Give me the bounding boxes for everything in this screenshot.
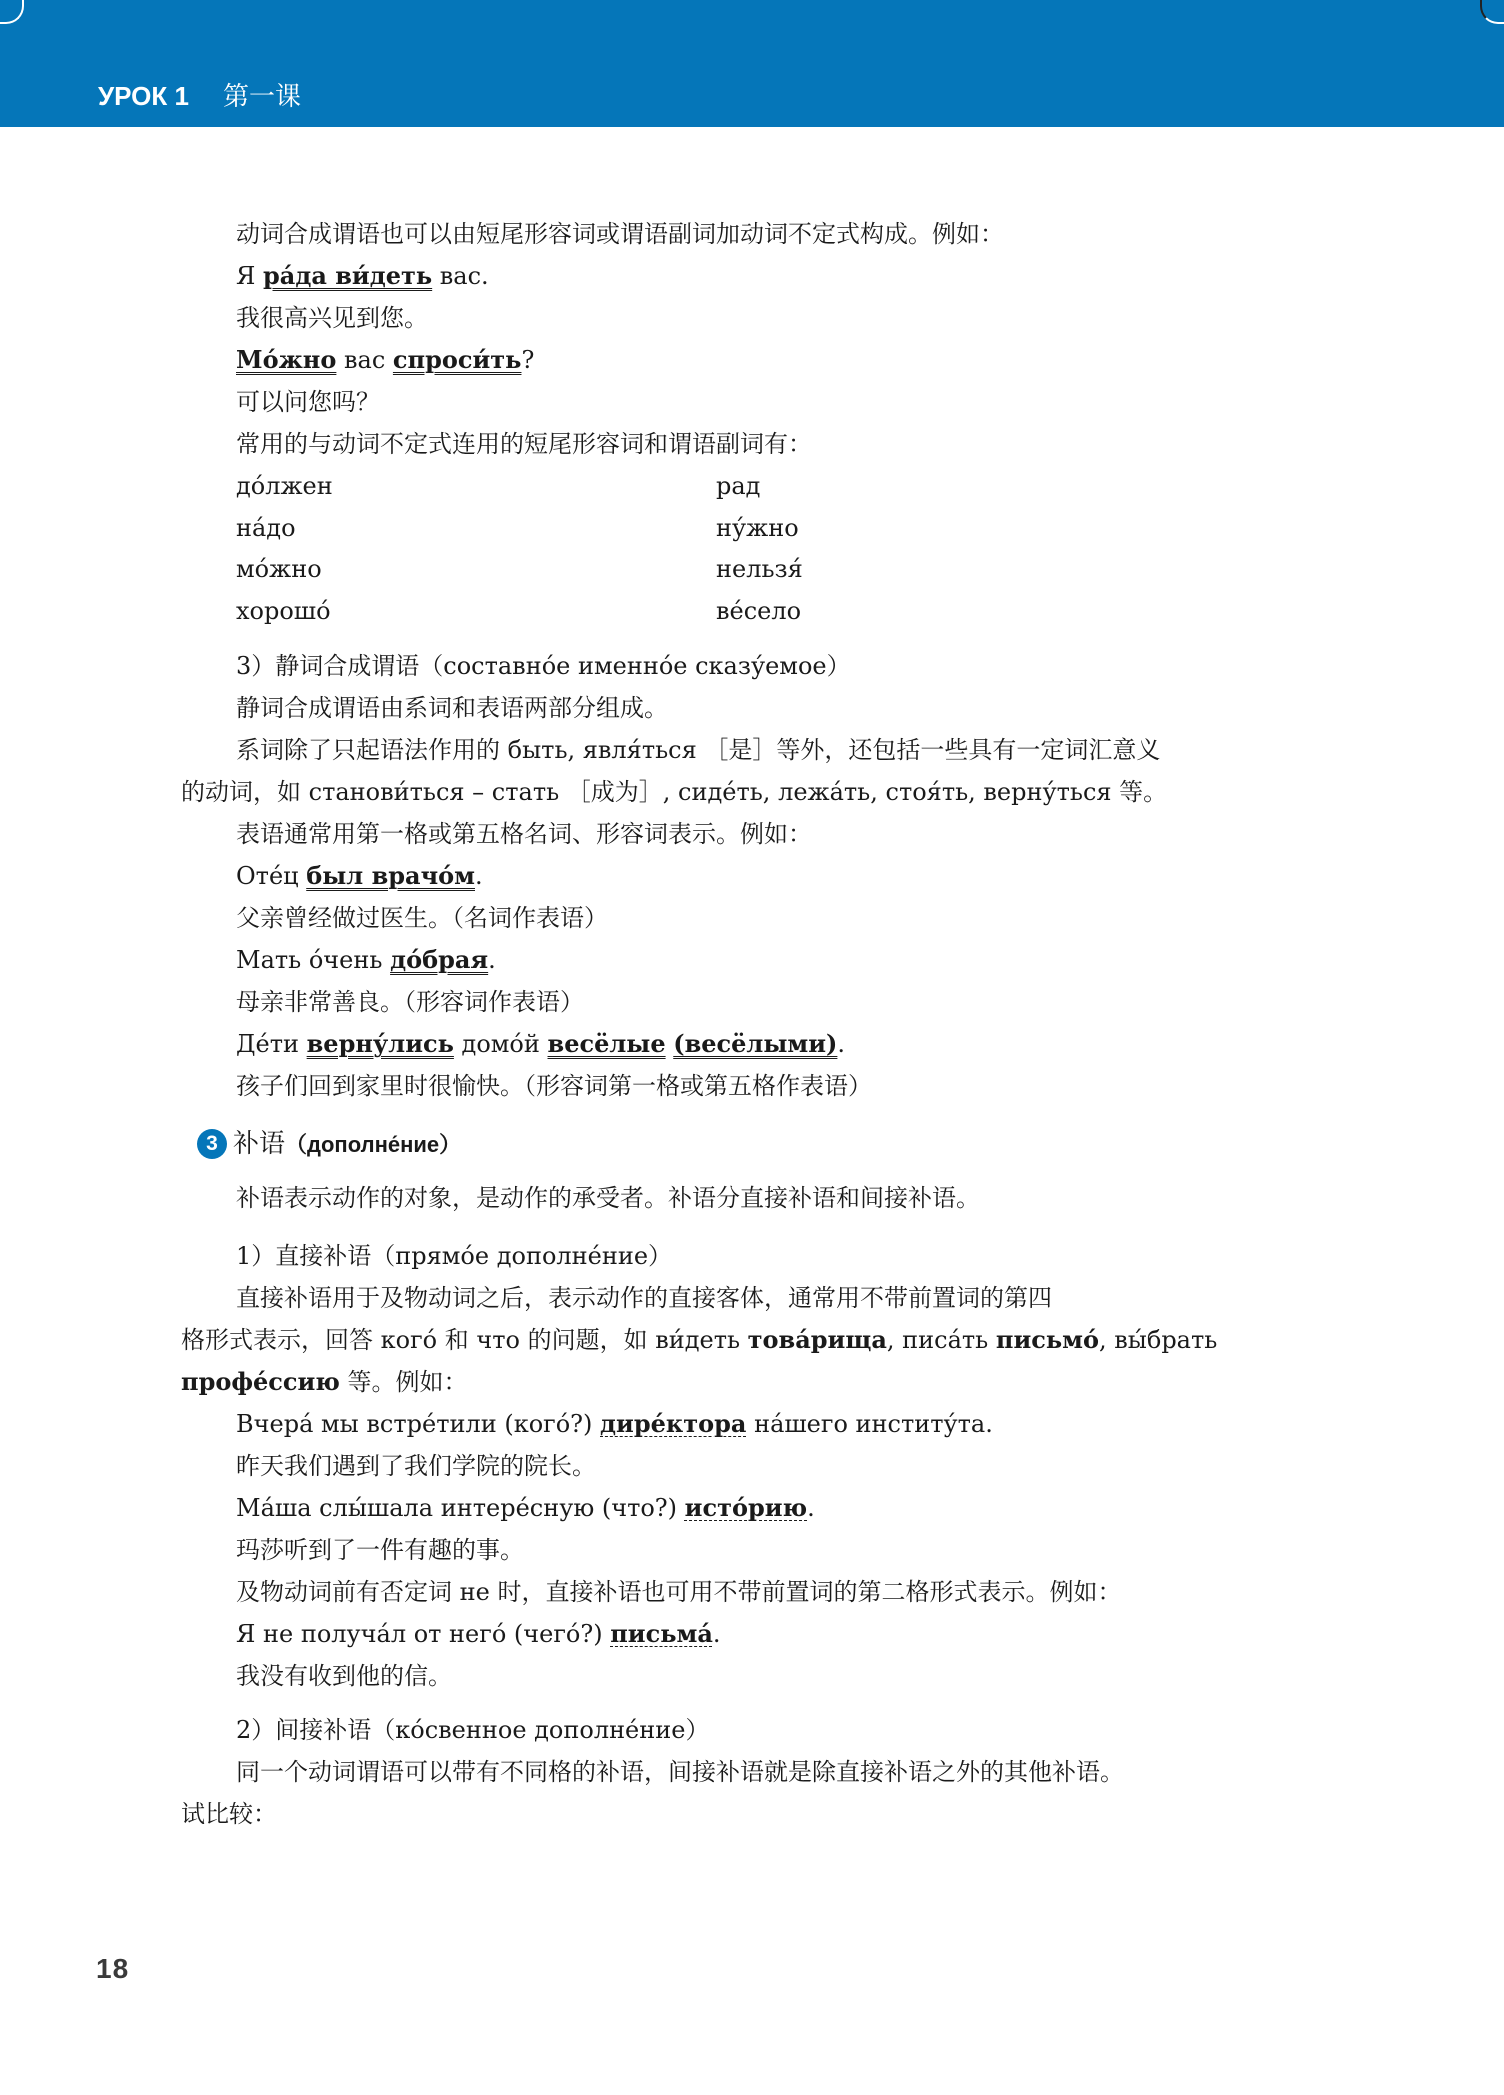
paragraph: 静词合成谓语由系词和表语两部分组成。 [236, 692, 668, 724]
object-underlined: исто́рию [685, 1493, 807, 1522]
predicate-underlined: верну́лись [307, 1029, 454, 1058]
text: , писа́ть [887, 1326, 996, 1354]
page-corner-mark-left [0, 0, 24, 24]
section-heading: 3补语（дополне́ние） [197, 1125, 461, 1163]
word: ве́село [716, 595, 801, 627]
lesson-label: УРОК 1 [98, 81, 189, 111]
text: . [475, 862, 483, 890]
object-bold: письмо́ [996, 1325, 1099, 1354]
paragraph: 表语通常用第一格或第五格名词、形容词表示。例如： [236, 818, 812, 850]
word: ну́жно [716, 512, 799, 544]
object-underlined: письма́ [610, 1619, 713, 1648]
word-list-row: мо́жнонельзя́ [236, 553, 322, 585]
example-ru: Ма́ша слы́шала интере́сную (что?) исто́р… [236, 1492, 815, 1524]
paragraph: 及物动词前有否定词 не 时，直接补语也可用不带前置词的第二格形式表示。例如： [236, 1576, 1121, 1608]
text: ? [521, 346, 534, 374]
lesson-header-band: УРОК 1第一课 [0, 0, 1504, 127]
paragraph: профе́ссию 等。例如： [181, 1366, 468, 1398]
paragraph: 格形式表示，回答 кого́ 和 что 的问题，如 ви́деть това́… [181, 1324, 1217, 1356]
lesson-label-cn: 第一课 [223, 81, 301, 111]
text: вас. [432, 262, 489, 290]
text: Де́ти [236, 1030, 307, 1058]
word: хорошо́ [236, 597, 331, 625]
predicate-underlined: (весёлыми) [673, 1029, 837, 1058]
paragraph: 同一个动词谓语可以带有不同格的补语，间接补语就是除直接补语之外的其他补语。 [236, 1756, 1124, 1788]
predicate-underlined: был врачо́м [306, 861, 475, 890]
text: Оте́ц [236, 862, 306, 890]
text: 格形式表示，回答 кого́ 和 что 的问题，如 ви́деть [181, 1326, 748, 1354]
text: 等。例如： [340, 1368, 468, 1396]
paragraph: 试比较： [181, 1798, 277, 1830]
object-bold: профе́ссию [181, 1367, 340, 1396]
lesson-title: УРОК 1第一课 [98, 76, 301, 113]
predicate-underlined: весёлые [548, 1029, 666, 1058]
example-ru: Я не получа́л от него́ (чего́?) письма́. [236, 1618, 721, 1650]
example-cn: 可以问您吗？ [236, 386, 380, 418]
example-ru: Мать о́чень до́брая. [236, 944, 496, 976]
example-cn: 孩子们回到家里时很愉快。（形容词第一格或第五格作表语） [236, 1070, 872, 1102]
paragraph: 直接补语用于及物动词之后，表示动作的直接客体，通常用不带前置词的第四 [236, 1282, 1052, 1314]
text: Ма́ша слы́шала интере́сную (что?) [236, 1494, 685, 1522]
example-cn: 玛莎听到了一件有趣的事。 [236, 1534, 524, 1566]
text: Я [236, 262, 263, 290]
predicate-underlined: Мо́жно [236, 345, 336, 374]
paragraph: 常用的与动词不定式连用的短尾形容词和谓语副词有： [236, 428, 812, 460]
paragraph: 补语表示动作的对象，是动作的承受者。补语分直接补语和间接补语。 [236, 1182, 980, 1214]
text: вас [336, 346, 393, 374]
word-list-row: на́дону́жно [236, 512, 296, 544]
paragraph: 动词合成谓语也可以由短尾形容词或谓语副词加动词不定式构成。例如： [236, 218, 1004, 250]
example-cn: 我很高兴见到您。 [236, 302, 428, 334]
section-title-cn: 补语 [233, 1128, 285, 1158]
object-bold: това́рища [748, 1325, 887, 1354]
page-number: 18 [96, 1953, 129, 1985]
text: . [713, 1620, 721, 1648]
word: на́до [236, 514, 296, 542]
word-list-row: хорошо́ве́село [236, 595, 331, 627]
predicate-underlined: спроси́ть [393, 345, 522, 374]
example-cn: 昨天我们遇到了我们学院的院长。 [236, 1450, 596, 1482]
text: на́шего институ́та. [746, 1410, 992, 1438]
text: Я не получа́л от него́ (чего́?) [236, 1620, 610, 1648]
word: рад [716, 470, 760, 502]
example-ru: Оте́ц был врачо́м. [236, 860, 483, 892]
subsection-title: 2）间接补语（ко́свенное дополне́ние） [236, 1714, 709, 1746]
example-ru: Мо́жно вас спроси́ть? [236, 344, 534, 376]
predicate-underlined: до́брая [390, 945, 488, 974]
text: Мать о́чень [236, 946, 390, 974]
paragraph: 的动词，如 станови́ться – стать ［成为］, сиде́ть… [181, 776, 1167, 808]
example-ru: Де́ти верну́лись домо́й весёлые (весёлым… [236, 1028, 845, 1060]
section-title-ru: （дополне́ние） [285, 1132, 461, 1157]
text: , вы́брать [1099, 1326, 1217, 1354]
page-corner-mark-right [1480, 0, 1504, 24]
predicate-underlined: ра́да ви́деть [263, 261, 432, 290]
text: . [837, 1030, 845, 1058]
word: до́лжен [236, 472, 333, 500]
example-cn: 父亲曾经做过医生。（名词作表语） [236, 902, 608, 934]
word-list-row: до́лженрад [236, 470, 333, 502]
example-cn: 母亲非常善良。（形容词作表语） [236, 986, 584, 1018]
section-number-badge: 3 [197, 1129, 227, 1159]
subsection-title: 1）直接补语（прямо́е дополне́ние） [236, 1240, 672, 1272]
example-ru: Я ра́да ви́деть вас. [236, 260, 489, 292]
word: мо́жно [236, 555, 322, 583]
word: нельзя́ [716, 553, 803, 585]
text: домо́й [454, 1030, 548, 1058]
text: . [488, 946, 496, 974]
text: Вчера́ мы встре́тили (кого́?) [236, 1410, 600, 1438]
example-cn: 我没有收到他的信。 [236, 1660, 452, 1692]
paragraph: 系词除了只起语法作用的 быть, явля́ться ［是］等外，还包括一些具… [236, 734, 1160, 766]
example-ru: Вчера́ мы встре́тили (кого́?) дире́ктора… [236, 1408, 993, 1440]
subsection-title: 3）静词合成谓语（составно́е именно́е сказу́емое） [236, 650, 851, 682]
text: . [807, 1494, 815, 1522]
object-underlined: дире́ктора [600, 1409, 746, 1438]
